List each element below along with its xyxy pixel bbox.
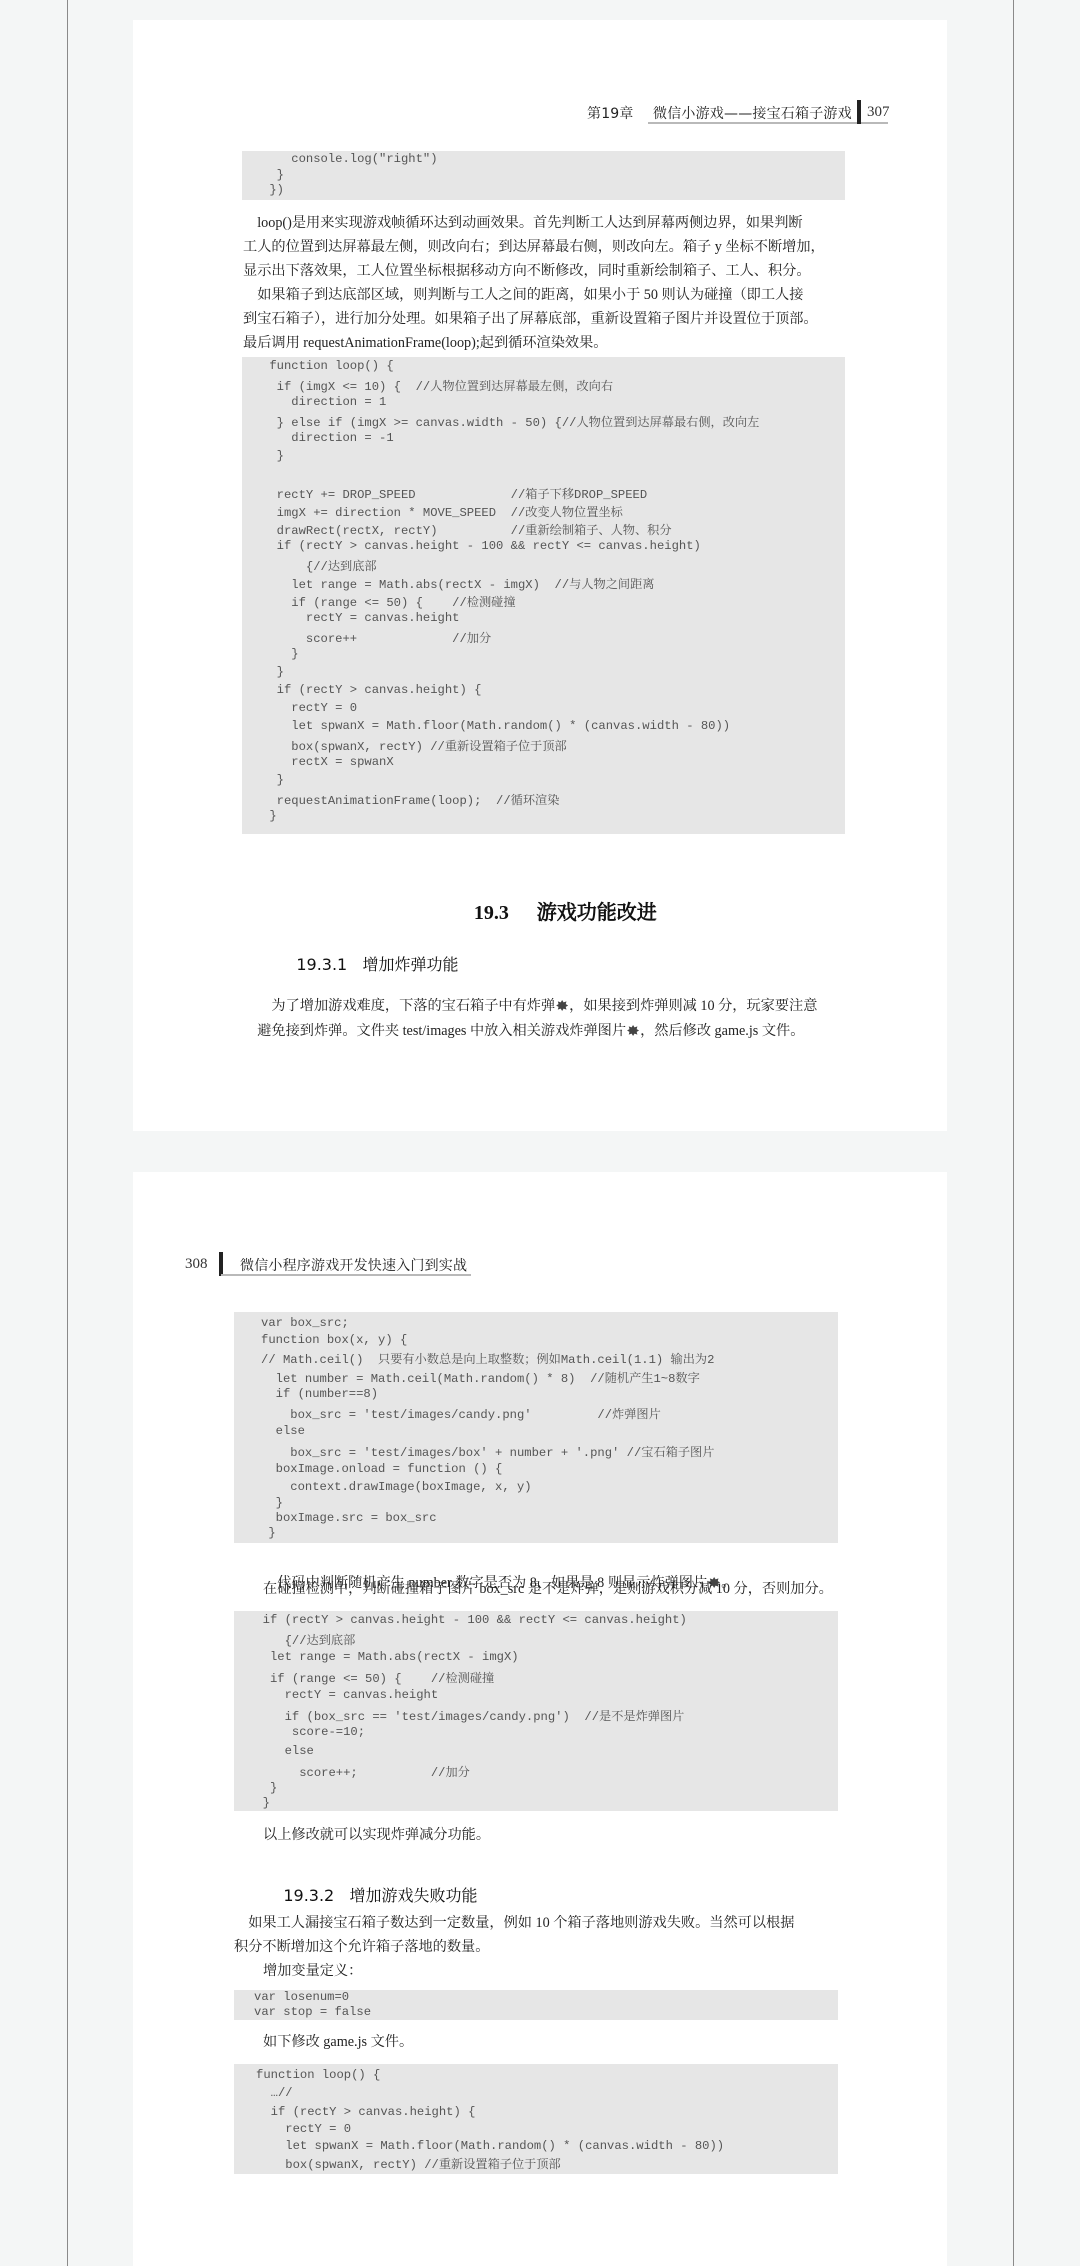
section-number: 19.3 [474, 902, 509, 924]
code-block-vars: var losenum=0 var stop = false [234, 1990, 838, 2020]
page-308: 308 微信小程序游戏开发快速入门到实战 var box_src; functi… [133, 1172, 947, 2266]
code-block-box: var box_src; function box(x, y) { // Mat… [234, 1312, 838, 1543]
code-block-loop: function loop() { if (imgX <= 10) { //人物… [242, 357, 845, 834]
subsection-title: 增加游戏失败功能 [350, 1886, 478, 1905]
paragraph-line: loop()是用来实现游戏帧循环达到动画效果。首先判断工人达到屏幕两侧边界，如果… [243, 212, 803, 232]
text-line: 以上修改就可以实现炸弹减分功能。 [263, 1824, 490, 1844]
right-frame-line [1013, 0, 1014, 2266]
text-line: 增加变量定义： [263, 1960, 362, 1980]
header-bar [857, 100, 861, 124]
page-307: 第19章 微信小游戏——接宝石箱子游戏 307 console.log("rig… [133, 20, 947, 1131]
paragraph-line: 到宝石箱子），进行加分处理。如果箱子出了屏幕底部，重新设置箱子图片并设置位于顶部… [243, 308, 818, 328]
chapter-label: 第19章 [587, 103, 634, 123]
page-number: 308 [185, 1256, 208, 1273]
bomb-icon [627, 1025, 639, 1036]
paragraph-line: 工人的位置到达屏幕最左侧，则改向右；到达屏幕最右侧，则改向左。箱子 y 坐标不断… [243, 236, 825, 256]
section-heading: 19.3 游戏功能改进 [446, 872, 657, 949]
paragraph-line: 如果箱子到达底部区域，则判断与工人之间的距离，如果小于 50 则认为碰撞（即工人… [243, 284, 803, 304]
text-line: 在碰撞检测中，判断碰撞箱子图片 box_src 是不是炸弹，是则游戏积分减 10… [263, 1578, 833, 1598]
section-title: 游戏功能改进 [537, 900, 657, 924]
code-block-loop-modified: function loop() { …// if (rectY > canvas… [234, 2064, 838, 2174]
paragraph-line: 如果工人漏接宝石箱子数达到一定数量，例如 10 个箱子落地则游戏失败。当然可以根… [234, 1912, 794, 1932]
paragraph-line: 显示出下落效果，工人位置坐标根据移动方向不断修改，同时重新绘制箱子、工人、积分。 [243, 260, 811, 280]
text-line: 如下修改 game.js 文件。 [263, 2031, 413, 2051]
paragraph-line: 避免接到炸弹。文件夹 test/images 中放入相关游戏炸弹图片，然后修改 … [243, 1003, 804, 1057]
subsection-title: 增加炸弹功能 [363, 955, 459, 974]
book-title: 微信小程序游戏开发快速入门到实战 [240, 1255, 467, 1275]
left-frame-line [67, 0, 68, 2266]
subsection-number: 19.3.1 [296, 955, 347, 974]
page-number: 307 [867, 104, 890, 121]
paragraph-line: 积分不断增加这个允许箱子落地的数量。 [234, 1936, 489, 1956]
code-block-collision: if (rectY > canvas.height - 100 && rectY… [234, 1611, 838, 1811]
subsection-number: 19.3.2 [283, 1886, 334, 1905]
chapter-title: 微信小游戏——接宝石箱子游戏 [653, 103, 852, 123]
paragraph-line: 最后调用 requestAnimationFrame(loop);起到循环渲染效… [243, 332, 608, 352]
code-block: console.log("right") } }) [242, 151, 845, 200]
